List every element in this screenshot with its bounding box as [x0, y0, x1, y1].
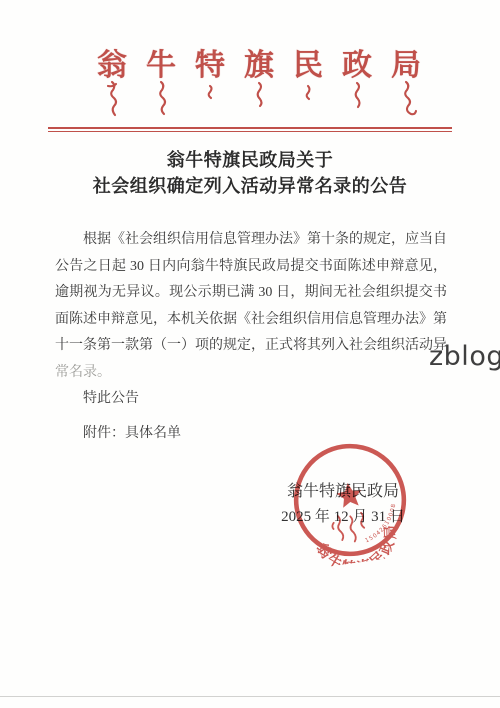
body-line: 十一条第一款第（一）项的规定，正式将其列入社会组织活动异	[55, 333, 447, 360]
notice-title-line1: 翁牛特旗民政局关于	[0, 147, 500, 173]
body-line: 逾期视为无异议。现公示期已满 30 日，期间无社会组织提交书	[55, 280, 447, 307]
seal-arc-text: 翁牛特旗民政局	[310, 520, 405, 571]
body-line: 根据《社会组织信用信息管理办法》第十条的规定，应当自	[55, 227, 447, 254]
scanned-notice-page: 翁牛特旗民政局 翁牛特旗民政局关于 社会组织确定列入活动异常名录的公告 根据《社…	[0, 0, 500, 708]
svg-text:翁牛特旗民政局: 翁牛特旗民政局	[310, 520, 405, 571]
closing-line: 特此公告	[55, 386, 447, 413]
notice-title: 翁牛特旗民政局关于 社会组织确定列入活动异常名录的公告	[0, 147, 500, 199]
watermark-text: zblog	[429, 341, 500, 372]
letterhead-divider-rule	[48, 127, 452, 132]
notice-body: 根据《社会组织信用信息管理办法》第十条的规定，应当自 公告之日起 30 日内向翁…	[55, 227, 447, 447]
official-seal: 翁牛特旗民政局 1504261000845	[279, 429, 421, 571]
body-line: 面陈述申辩意见，本机关依据《社会组织信用信息管理办法》第	[55, 307, 447, 334]
page-bottom-edge	[0, 696, 500, 697]
body-line-faded: 常名录。	[55, 360, 447, 387]
seal-mongolian-script	[331, 513, 366, 545]
mongolian-script	[97, 80, 421, 120]
seal-star-icon	[335, 481, 363, 508]
letterhead-agency-name: 翁牛特旗民政局	[97, 40, 445, 84]
notice-title-line2: 社会组织确定列入活动异常名录的公告	[0, 173, 500, 199]
body-line: 公告之日起 30 日内向翁牛特旗民政局提交书面陈述申辩意见，	[55, 254, 447, 281]
